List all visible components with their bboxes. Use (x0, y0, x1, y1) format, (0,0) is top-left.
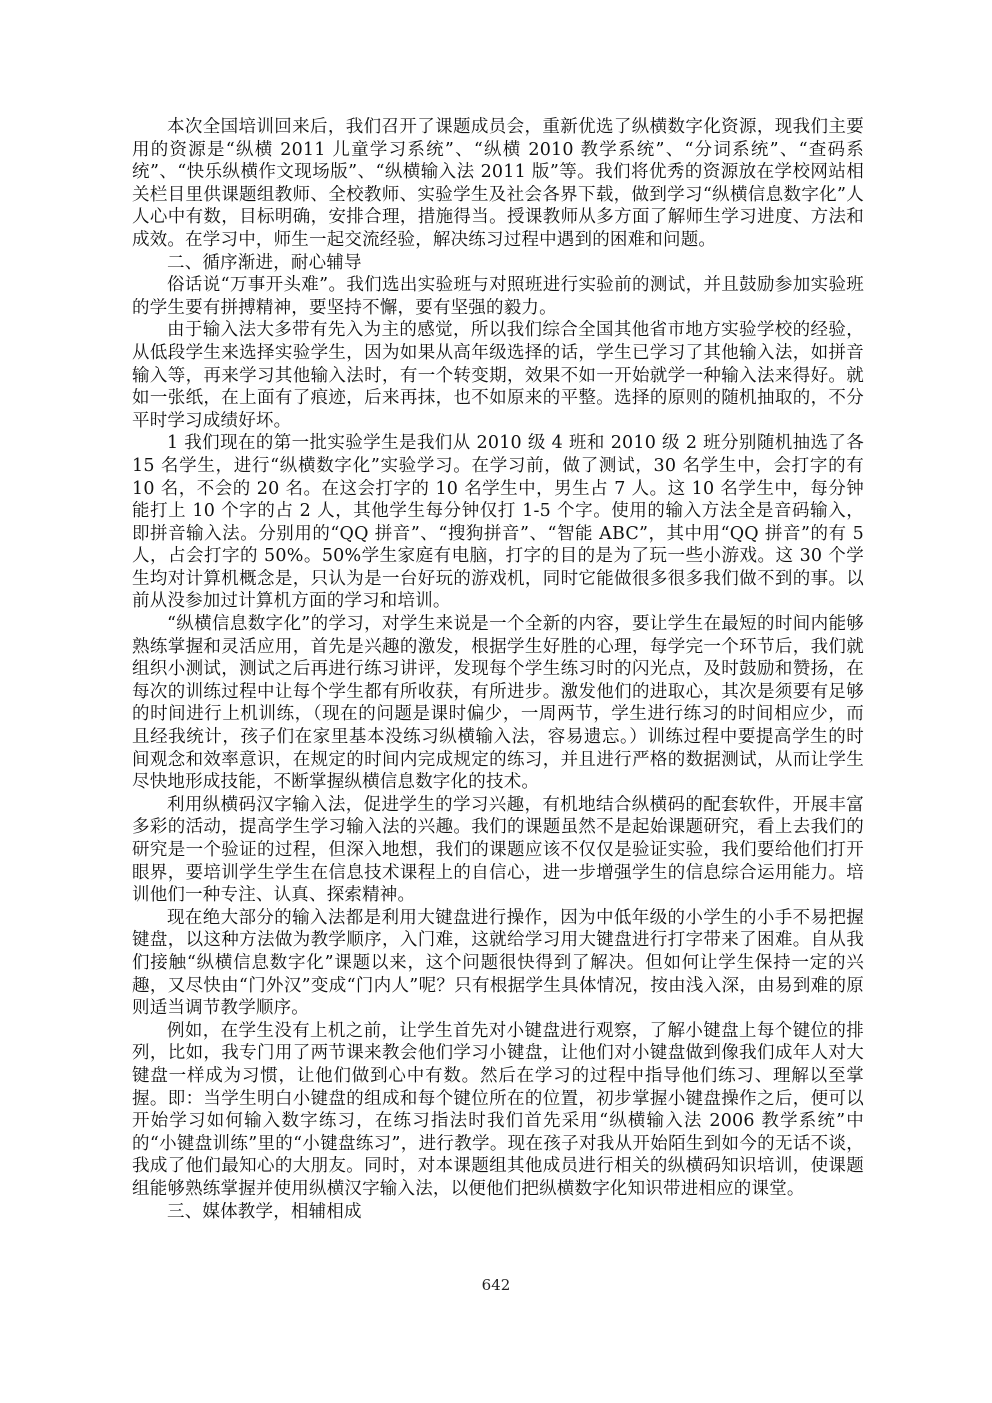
paragraph: 例如，在学生没有上机之前，让学生首先对小键盘进行观察，了解小键盘上每个键位的排列… (132, 1020, 864, 1201)
paragraph: 现在绝大部分的输入法都是利用大键盘进行操作，因为中低年级的小学生的小手不易把握键… (132, 907, 864, 1020)
paragraph: 1 我们现在的第一批实验学生是我们从 2010 级 4 班和 2010 级 2 … (132, 432, 864, 613)
paragraph: 利用纵横码汉字输入法，促进学生的学习兴趣，有机地结合纵横码的配套软件，开展丰富多… (132, 794, 864, 907)
document-page: 本次全国培训回来后，我们召开了课题成员会，重新优选了纵横数字化资源，现我们主要用… (0, 0, 992, 1403)
section-heading: 三、媒体教学，相辅相成 (132, 1201, 864, 1224)
paragraph: 本次全国培训回来后，我们召开了课题成员会，重新优选了纵横数字化资源，现我们主要用… (132, 116, 864, 252)
paragraph: 俗话说“万事开头难”。我们选出实验班与对照班进行实验前的测试，并且鼓励参加实验班… (132, 274, 864, 319)
page-number: 642 (0, 1276, 992, 1294)
section-heading: 二、循序渐进，耐心辅导 (132, 252, 864, 275)
paragraph: 由于输入法大多带有先入为主的感觉，所以我们综合全国其他省市地方实验学校的经验，从… (132, 319, 864, 432)
document-body: 本次全国培训回来后，我们召开了课题成员会，重新优选了纵横数字化资源，现我们主要用… (132, 116, 864, 1223)
paragraph: “纵横信息数字化”的学习，对学生来说是一个全新的内容，要让学生在最短的时间内能够… (132, 613, 864, 794)
